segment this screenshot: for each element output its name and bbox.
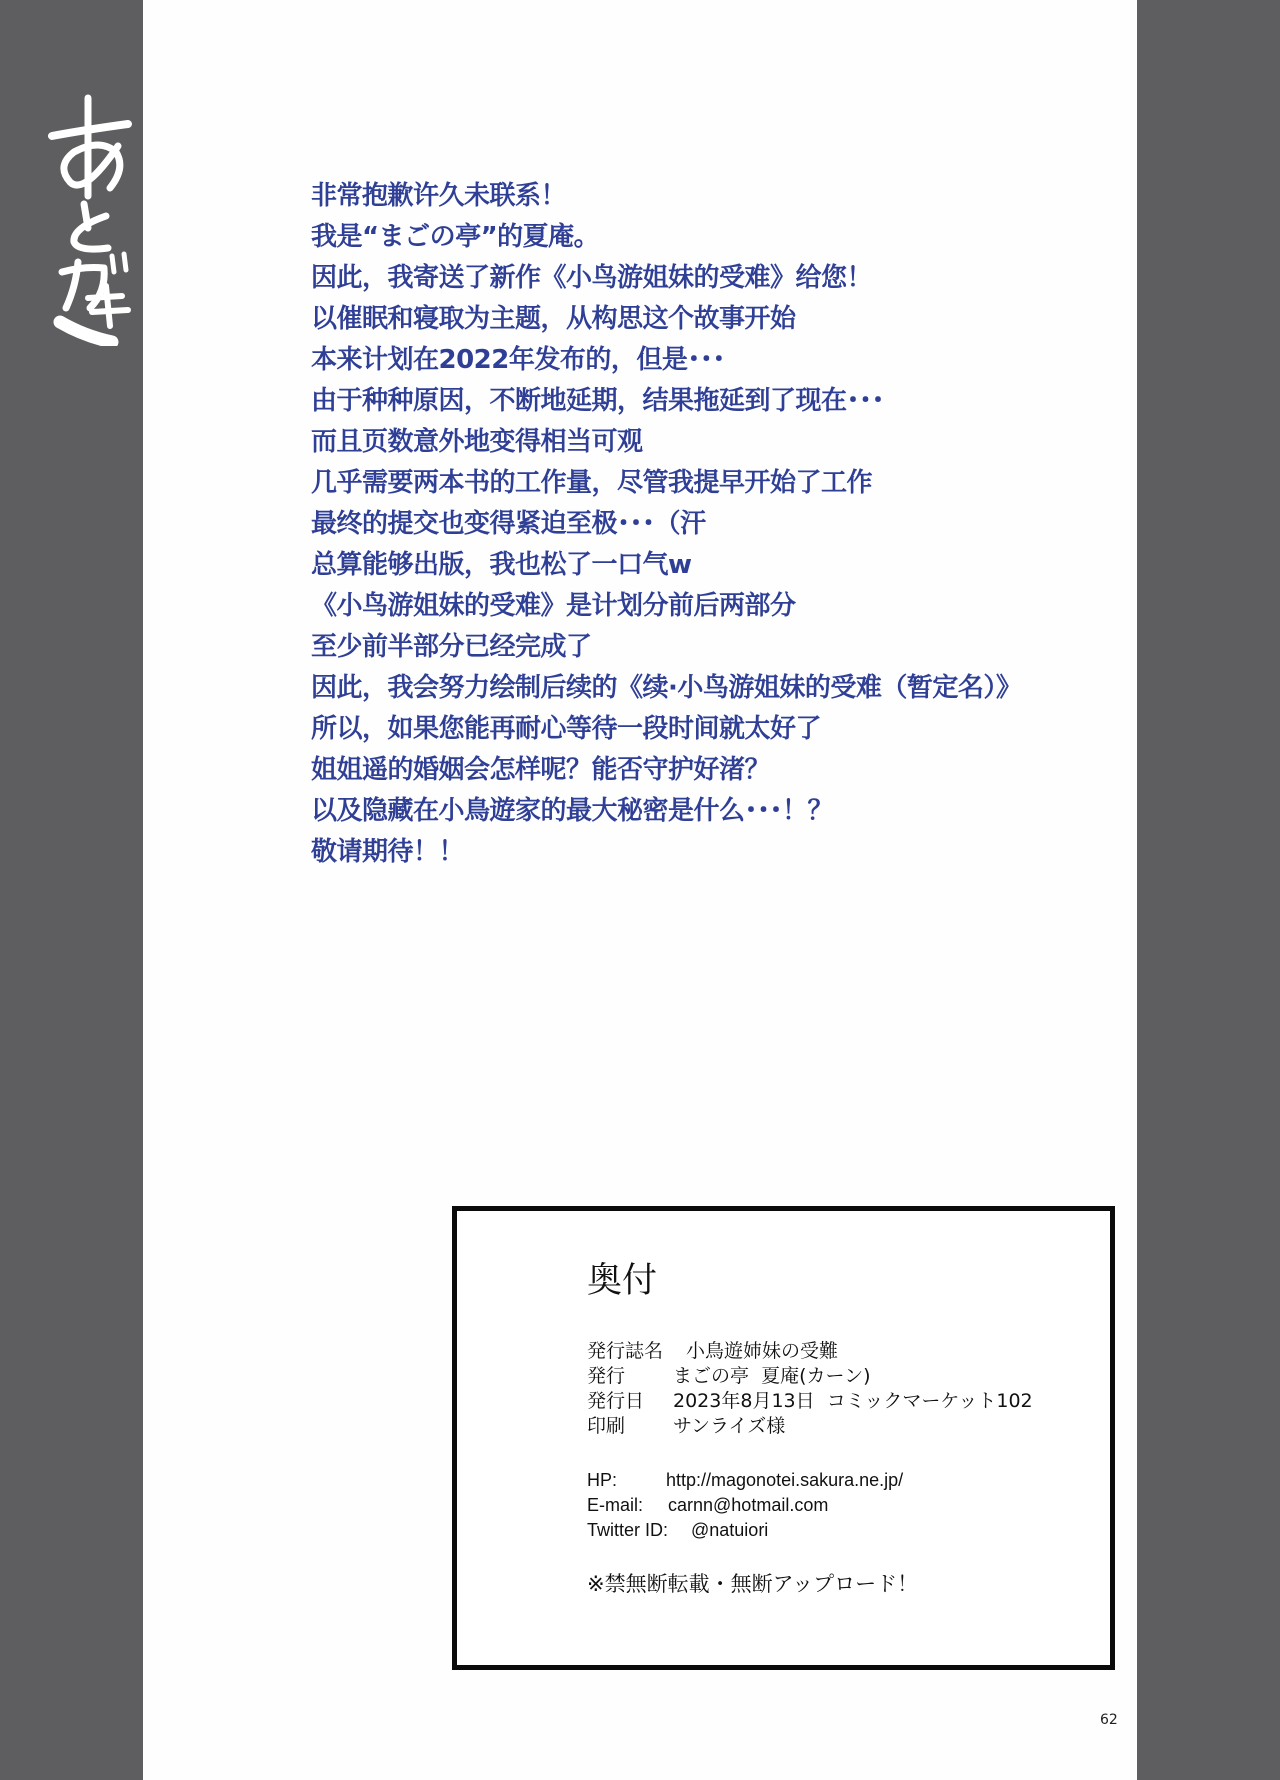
afterword-line: 以催眠和寝取为主题，从构思这个故事开始 xyxy=(311,299,1021,340)
contact-label: HP: xyxy=(587,1468,666,1493)
colophon-row-printer: 印刷サンライズ様 xyxy=(587,1414,1033,1439)
colophon-box: 奥付 発行誌名小鳥遊姉妹の受難 発行まごの亭 夏庵(カーン) 発行日2023年8… xyxy=(452,1206,1115,1670)
afterword-line: 由于种种原因，不断地延期，结果拖延到了现在･･･ xyxy=(311,381,1021,422)
contact-row-twitter: Twitter ID:@natuiori xyxy=(587,1518,903,1543)
email-link[interactable]: carnn@hotmail.com xyxy=(668,1495,828,1515)
colophon-value: 2023年8月13日 コミックマーケット102 xyxy=(673,1390,1033,1412)
afterword-line: 最终的提交也变得紧迫至极･･･（汗 xyxy=(311,504,1021,545)
homepage-link[interactable]: http://magonotei.sakura.ne.jp/ xyxy=(666,1470,903,1490)
afterword-line: 因此，我会努力绘制后续的《续·小鸟游姐妹的受难（暂定名）》 xyxy=(311,668,1021,709)
afterword-line: 《小鸟游姐妹的受难》是计划分前后两部分 xyxy=(311,586,1021,627)
no-reprint-notice: ※禁無断転載・無断アップロード！ xyxy=(587,1568,918,1598)
afterword-line: 以及隐藏在小鳥遊家的最大秘密是什么･･･！？ xyxy=(311,791,1021,832)
afterword-title-glyph-icon: あとがき xyxy=(44,86,136,346)
right-margin-bar xyxy=(1137,0,1280,1780)
afterword-line: 几乎需要两本书的工作量，尽管我提早开始了工作 xyxy=(311,463,1021,504)
colophon-label: 印刷 xyxy=(587,1414,673,1439)
colophon-row-title: 発行誌名小鳥遊姉妹の受難 xyxy=(587,1339,1033,1364)
afterword-line: 因此，我寄送了新作《小鸟游姐妹的受难》给您！ xyxy=(311,258,1021,299)
afterword-page: 非常抱歉许久未联系！ 我是“まごの亭”的夏庵。 因此，我寄送了新作《小鸟游姐妹的… xyxy=(143,0,1137,1780)
contact-label: E-mail: xyxy=(587,1493,668,1518)
afterword-line: 总算能够出版，我也松了一口气w xyxy=(311,545,1021,586)
afterword-line: 至少前半部分已经完成了 xyxy=(311,627,1021,668)
contact-label: Twitter ID: xyxy=(587,1518,691,1543)
contact-row-email: E-mail:carnn@hotmail.com xyxy=(587,1493,903,1518)
colophon-value: サンライズ様 xyxy=(673,1415,785,1437)
afterword-line: 姐姐遥的婚姻会怎样呢？能否守护好渚？ xyxy=(311,750,1021,791)
afterword-line: 本来计划在2022年发布的，但是･･･ xyxy=(311,340,1021,381)
afterword-handwritten-title: あとがき xyxy=(44,86,136,346)
colophon-value: まごの亭 夏庵(カーン) xyxy=(673,1365,871,1387)
afterword-text: 非常抱歉许久未联系！ 我是“まごの亭”的夏庵。 因此，我寄送了新作《小鸟游姐妹的… xyxy=(311,176,1021,873)
colophon-info: 発行誌名小鳥遊姉妹の受難 発行まごの亭 夏庵(カーン) 発行日2023年8月13… xyxy=(587,1339,1033,1439)
contact-row-homepage: HP:http://magonotei.sakura.ne.jp/ xyxy=(587,1468,903,1493)
afterword-line: 所以，如果您能再耐心等待一段时间就太好了 xyxy=(311,709,1021,750)
colophon-row-publisher: 発行まごの亭 夏庵(カーン) xyxy=(587,1364,1033,1389)
colophon-title: 奥付 xyxy=(587,1261,657,1301)
left-margin-bar: あとがき xyxy=(0,0,143,1780)
colophon-label: 発行誌名 xyxy=(587,1339,686,1364)
colophon-row-date: 発行日2023年8月13日 コミックマーケット102 xyxy=(587,1389,1033,1414)
afterword-line: 非常抱歉许久未联系！ xyxy=(311,176,1021,217)
colophon-label: 発行 xyxy=(587,1364,673,1389)
afterword-line: 而且页数意外地变得相当可观 xyxy=(311,422,1021,463)
colophon-value: 小鳥遊姉妹の受難 xyxy=(686,1340,838,1362)
afterword-line: 敬请期待！！ xyxy=(311,832,1021,873)
afterword-line: 我是“まごの亭”的夏庵。 xyxy=(311,217,1021,258)
twitter-handle: @natuiori xyxy=(691,1520,768,1540)
page-number: 62 xyxy=(1100,1712,1118,1728)
colophon-label: 発行日 xyxy=(587,1389,673,1414)
colophon-contact: HP:http://magonotei.sakura.ne.jp/ E-mail… xyxy=(587,1468,903,1543)
